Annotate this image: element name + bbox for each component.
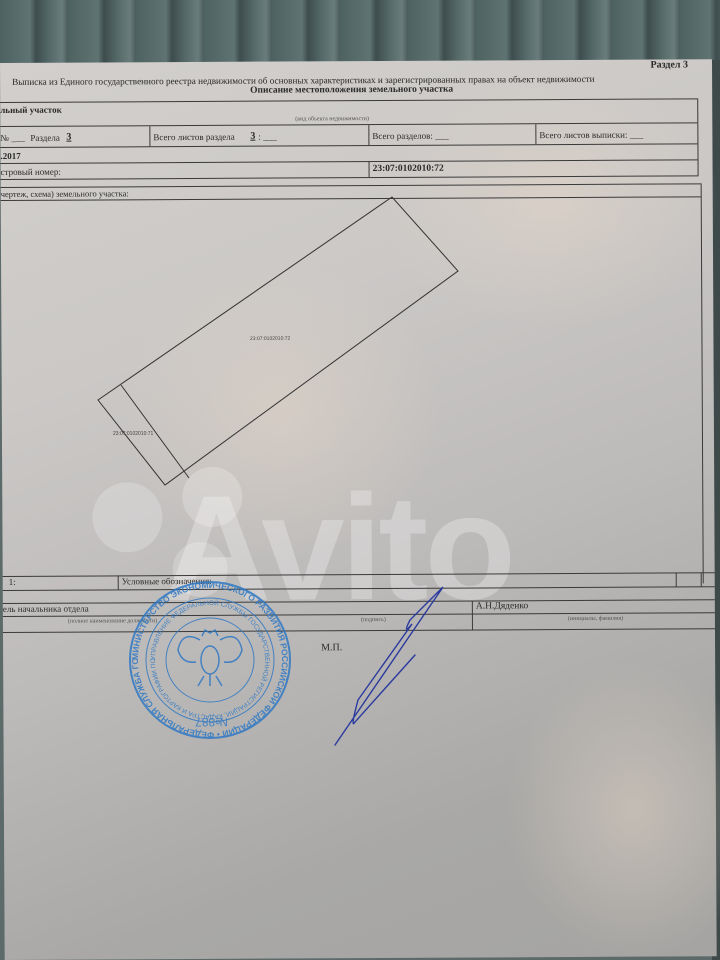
svg-text:УПРАВЛЕНИЕ ФЕДЕРАЛЬНОЙ СЛУЖБЫ: УПРАВЛЕНИЕ ФЕДЕРАЛЬНОЙ СЛУЖБЫ ГОСУДАРСТВ… — [0, 0, 270, 720]
stamp-inner-text: УПРАВЛЕНИЕ ФЕДЕРАЛЬНОЙ СЛУЖБЫ ГОСУДАРСТВ… — [0, 0, 270, 720]
signature — [335, 587, 443, 745]
svg-text:МИНИСТЕРСТВО ЭКОНОМИЧЕСКОГО РА: МИНИСТЕРСТВО ЭКОНОМИЧЕСКОГО РАЗВИТИЯ РОС… — [0, 0, 290, 740]
plan-overlay: 23:07:0102010:72 23:07:0102010:71 МИНИСТ… — [0, 0, 720, 960]
eagle-emblem-icon — [178, 630, 242, 686]
stamp-number: №887 — [195, 715, 228, 729]
stamp-outer-text: МИНИСТЕРСТВО ЭКОНОМИЧЕСКОГО РАЗВИТИЯ РОС… — [0, 0, 290, 740]
parcel-label-adjacent: 23:07:0102010:71 — [113, 431, 154, 437]
parcel-label-main: 23:07:0102010:72 — [250, 336, 291, 342]
official-stamp: МИНИСТЕРСТВО ЭКОНОМИЧЕСКОГО РАЗВИТИЯ РОС… — [0, 0, 290, 740]
